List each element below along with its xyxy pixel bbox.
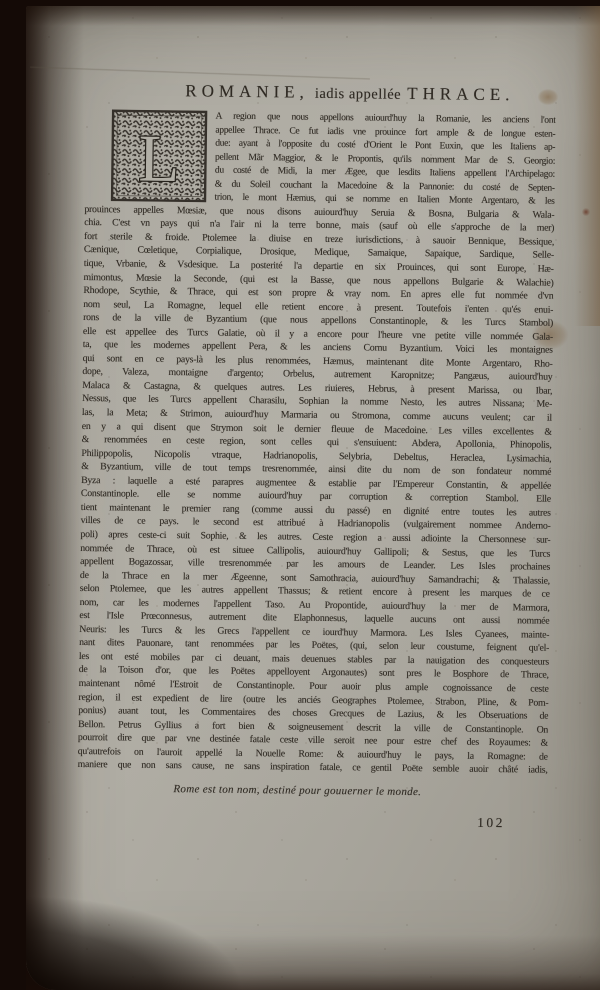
page-edge-right — [574, 6, 600, 326]
header-romanie: ROMANIE, — [185, 81, 309, 102]
body-lines: prouinces appelles Mœsiæ, que nous dison… — [78, 203, 555, 778]
page-header: ROMANIE, iadis appellée THRACE. — [86, 80, 556, 106]
header-thrace: THRACE. — [407, 84, 514, 104]
header-subtitle: iadis appellée — [315, 86, 402, 103]
opening-paragraph-row: L A region que nous appellons auiourd'hu… — [84, 108, 555, 209]
book-photo: ROMANIE, iadis appellée THRACE. — [0, 0, 600, 990]
drop-cap-woodcut: L — [111, 109, 208, 202]
red-speck — [580, 206, 592, 218]
opening-lines: A region que nous appellons auiourd'huy … — [214, 110, 555, 209]
top-edge-shadow — [26, 6, 600, 26]
gutter-shadow — [26, 6, 84, 990]
verse-line: Rome est ton nom, destiné pour gouuerner… — [77, 782, 547, 800]
bottom-left-corner-shadow — [26, 860, 326, 990]
printed-text-block: ROMANIE, iadis appellée THRACE. — [77, 80, 556, 831]
book-page: ROMANIE, iadis appellée THRACE. — [26, 6, 600, 990]
page-number: 102 — [77, 810, 547, 832]
drop-cap-letter: L — [138, 121, 180, 196]
